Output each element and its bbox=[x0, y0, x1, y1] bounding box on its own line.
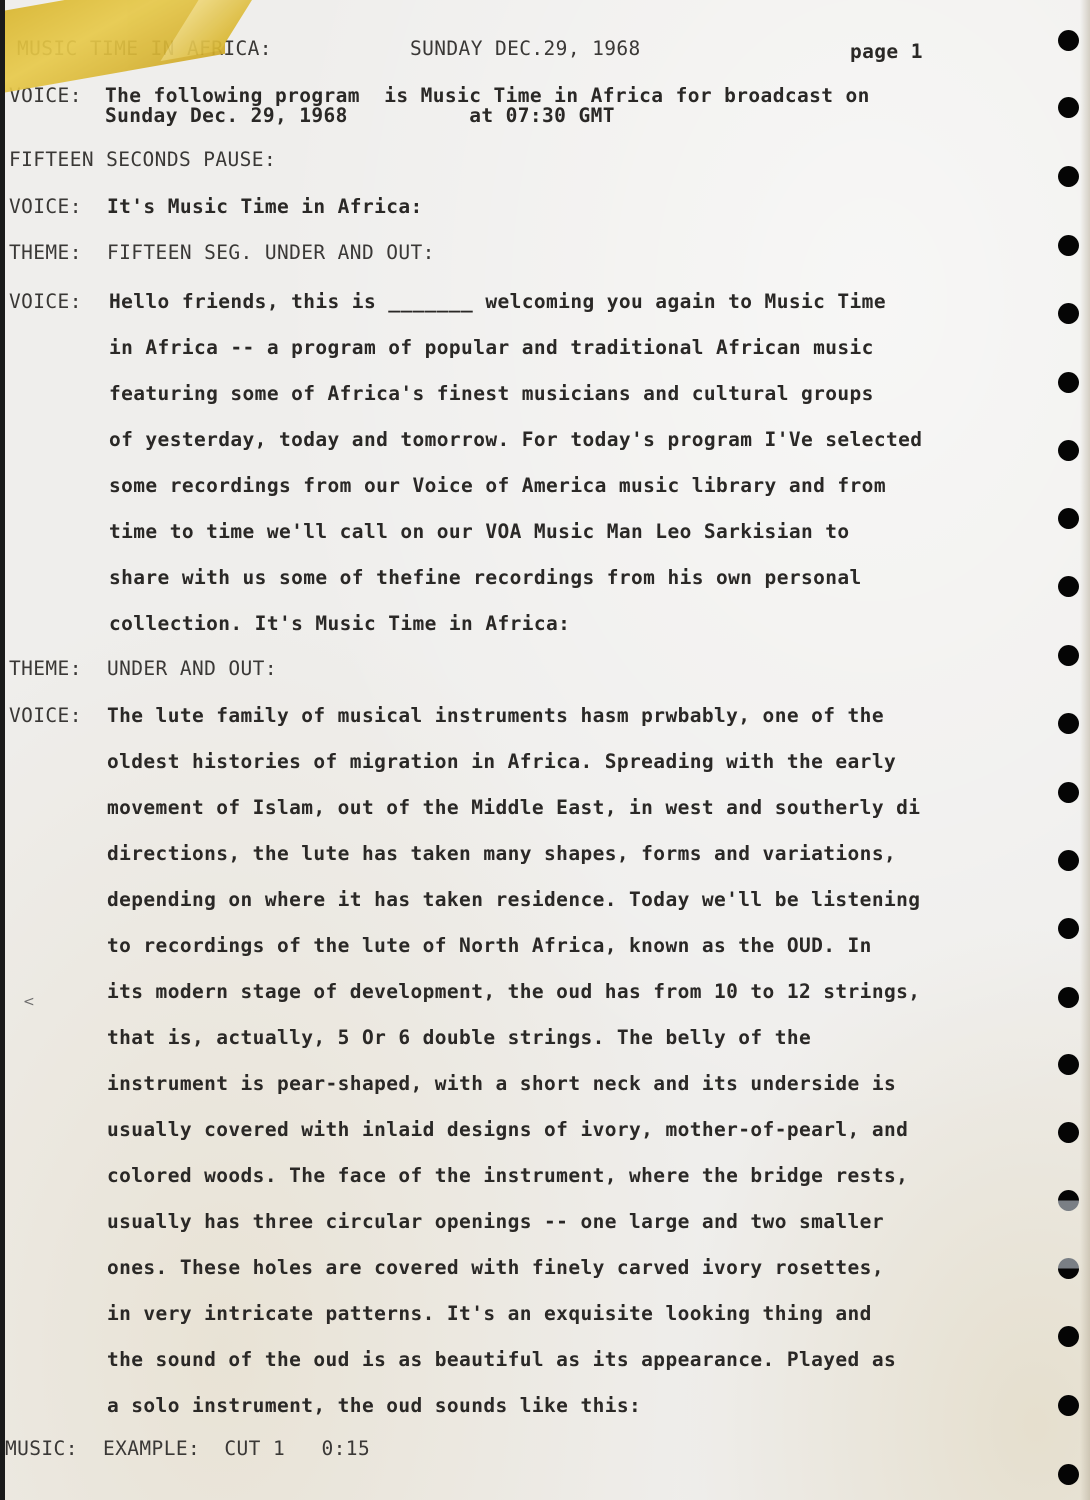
script-line: usually covered with inlaid designs of i… bbox=[107, 1118, 908, 1141]
cue-label: VOICE: bbox=[9, 195, 82, 218]
script-line: that is, actually, 5 Or 6 double strings… bbox=[107, 1026, 811, 1049]
broadcast-date: SUNDAY DEC.29, 1968 bbox=[410, 37, 641, 60]
sprocket-hole-icon bbox=[1058, 30, 1079, 51]
sprocket-hole-icon bbox=[1058, 508, 1079, 529]
paper-edge bbox=[1080, 0, 1090, 1500]
cue-label: THEME: bbox=[9, 657, 82, 680]
script-line: in Africa -- a program of popular and tr… bbox=[109, 336, 874, 359]
script-line: It's Music Time in Africa: bbox=[107, 195, 423, 218]
sprocket-hole-icon bbox=[1058, 166, 1079, 187]
sprocket-hole-icon bbox=[1058, 303, 1079, 324]
sprocket-hole-icon bbox=[1058, 645, 1079, 666]
sprocket-hole-icon bbox=[1058, 713, 1079, 734]
script-line: its modern stage of development, the oud… bbox=[107, 980, 920, 1003]
script-line: FIFTEEN SEG. UNDER AND OUT: bbox=[107, 241, 435, 264]
sprocket-hole-icon bbox=[1058, 1054, 1079, 1075]
pencil-mark: < bbox=[23, 994, 35, 1010]
script-line: of yesterday, today and tomorrow. For to… bbox=[109, 428, 922, 451]
sprocket-hole-icon bbox=[1058, 1395, 1079, 1416]
typewritten-page: MUSIC TIME IN AFRICA: SUNDAY DEC.29, 196… bbox=[5, 0, 1090, 1500]
script-line: collection. It's Music Time in Africa: bbox=[109, 612, 570, 635]
script-line: to recordings of the lute of North Afric… bbox=[107, 934, 872, 957]
sprocket-hole-icon bbox=[1058, 440, 1079, 461]
cue-label: THEME: bbox=[9, 241, 82, 264]
script-line: Sunday Dec. 29, 1968 at 07:30 GMT bbox=[105, 104, 615, 127]
sprocket-hole-icon bbox=[1058, 1464, 1079, 1485]
script-line: instrument is pear-shaped, with a short … bbox=[107, 1072, 896, 1095]
script-line: oldest histories of migration in Africa.… bbox=[107, 750, 896, 773]
page-number: page 1 bbox=[850, 40, 923, 63]
cue-label: FIFTEEN SECONDS PAUSE: bbox=[9, 148, 276, 171]
script-line: a solo instrument, the oud sounds like t… bbox=[107, 1394, 641, 1417]
sprocket-hole-icon bbox=[1058, 372, 1079, 393]
script-line: UNDER AND OUT: bbox=[107, 657, 277, 680]
sprocket-hole-icon bbox=[1058, 97, 1079, 118]
script-line: colored woods. The face of the instrumen… bbox=[107, 1164, 908, 1187]
cue-label: MUSIC: bbox=[5, 1437, 78, 1460]
sprocket-hole-icon bbox=[1058, 1326, 1079, 1347]
script-line: featuring some of Africa's finest musici… bbox=[109, 382, 874, 405]
sprocket-hole-icon bbox=[1058, 1258, 1079, 1279]
script-line: usually has three circular openings -- o… bbox=[107, 1210, 884, 1233]
cue-label: VOICE: bbox=[9, 290, 82, 313]
script-line: movement of Islam, out of the Middle Eas… bbox=[107, 796, 920, 819]
cue-label: VOICE: bbox=[9, 704, 82, 727]
sprocket-hole-icon bbox=[1058, 918, 1079, 939]
script-line: in very intricate patterns. It's an exqu… bbox=[107, 1302, 872, 1325]
music-cue: EXAMPLE: CUT 1 0:15 bbox=[103, 1437, 370, 1460]
script-line: directions, the lute has taken many shap… bbox=[107, 842, 896, 865]
sprocket-hole-icon bbox=[1058, 235, 1079, 256]
sprocket-hole-icon bbox=[1058, 1122, 1079, 1143]
sprocket-hole-icon bbox=[1058, 1190, 1079, 1211]
script-line: share with us some of thefine recordings… bbox=[109, 566, 862, 589]
script-line: depending on where it has taken residenc… bbox=[107, 888, 920, 911]
script-line: the sound of the oud is as beautiful as … bbox=[107, 1348, 896, 1371]
script-line: The lute family of musical instruments h… bbox=[107, 704, 884, 727]
sprocket-hole-icon bbox=[1058, 576, 1079, 597]
script-line: ones. These holes are covered with finel… bbox=[107, 1256, 884, 1279]
script-line: some recordings from our Voice of Americ… bbox=[109, 474, 886, 497]
sprocket-hole-icon bbox=[1058, 782, 1079, 803]
masking-tape bbox=[5, 0, 225, 94]
script-line: Hello friends, this is _______ welcoming… bbox=[109, 290, 886, 313]
sprocket-hole-icon bbox=[1058, 987, 1079, 1008]
script-line: time to time we'll call on our VOA Music… bbox=[109, 520, 850, 543]
sprocket-hole-icon bbox=[1058, 850, 1079, 871]
